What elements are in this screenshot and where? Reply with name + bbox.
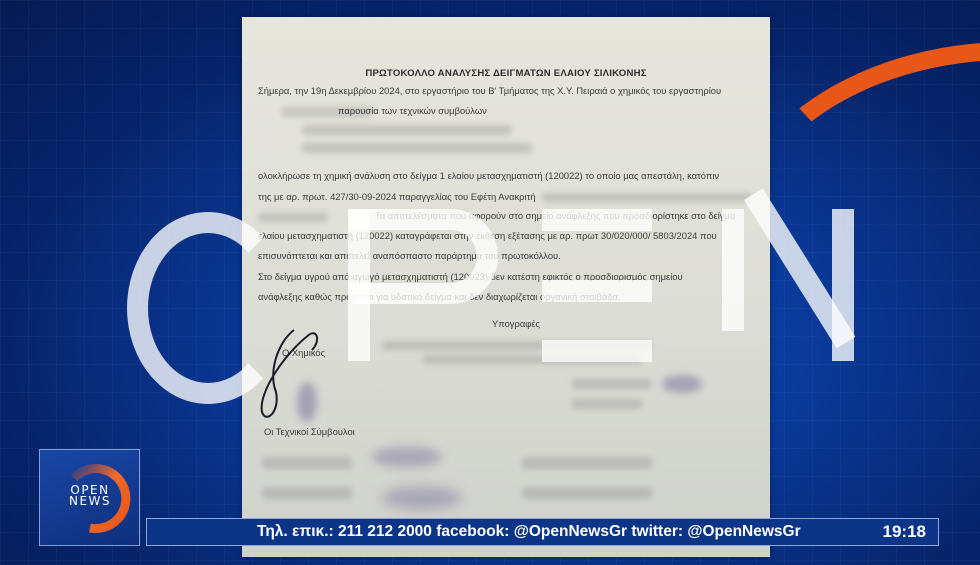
document-line: Σήμερα, την 19η Δεκεμβρίου 2024, στο εργ…	[258, 81, 721, 102]
signature-scribble-icon	[258, 322, 328, 432]
redacted-text	[302, 143, 532, 153]
document-photo: ΠΡΩΤΟΚΟΛΛΟ ΑΝΑΛΥΣΗΣ ΔΕΙΓΜΑΤΩΝ ΕΛΑΙΟΥ ΣΙΛ…	[242, 17, 770, 557]
redacted-text	[522, 457, 652, 469]
signatures-heading: Υπογραφές	[492, 314, 540, 335]
logo-text-news: NEWS	[65, 496, 115, 507]
redacted-text	[542, 193, 752, 202]
ticker-message: Τηλ. επικ.: 211 212 2000 facebook: @Open…	[147, 523, 836, 541]
redacted-text	[422, 355, 642, 364]
redacted-text	[262, 457, 352, 469]
channel-logo: OPEN NEWS	[39, 449, 140, 546]
redacted-text	[258, 213, 328, 222]
document-line: Τα αποτελέσματα που αφορούν στο σημείο α…	[375, 206, 735, 227]
news-ticker: Τηλ. επικ.: 211 212 2000 facebook: @Open…	[146, 518, 939, 546]
redacted-text	[572, 379, 652, 389]
document-line: επισυνάπτεται και αποτελεί αναπόσπαστο π…	[258, 246, 561, 267]
signature-blur	[372, 447, 442, 467]
signature-blur	[662, 375, 702, 393]
document-line: ανάφλεξης καθώς πρόκειται για υδατικό δε…	[258, 287, 621, 308]
redacted-text	[302, 125, 512, 135]
document-line: παρουσία των τεχνικών συμβούλων	[338, 101, 487, 122]
signature-blur	[297, 382, 317, 422]
document-line: Στο δείγμα υγρού από αγωγό μετασχηματιστ…	[258, 267, 683, 288]
advisors-label: Οι Τεχνικοί Σύμβουλοι	[264, 422, 355, 443]
redacted-text	[572, 399, 642, 409]
redacted-text	[522, 487, 652, 499]
document-line: της με αρ. πρωτ. 427/30-09-2024 παραγγελ…	[258, 187, 536, 208]
redacted-text	[382, 341, 652, 350]
signature-blur	[382, 487, 462, 509]
ticker-clock: 19:18	[836, 522, 938, 542]
redacted-text	[262, 487, 352, 499]
document-line: ολοκλήρωσε τη χημική ανάλυση στο δείγμα …	[258, 166, 719, 187]
document-line: ελαίου μετασχηματιστή (120022) καταγράφε…	[258, 226, 717, 247]
